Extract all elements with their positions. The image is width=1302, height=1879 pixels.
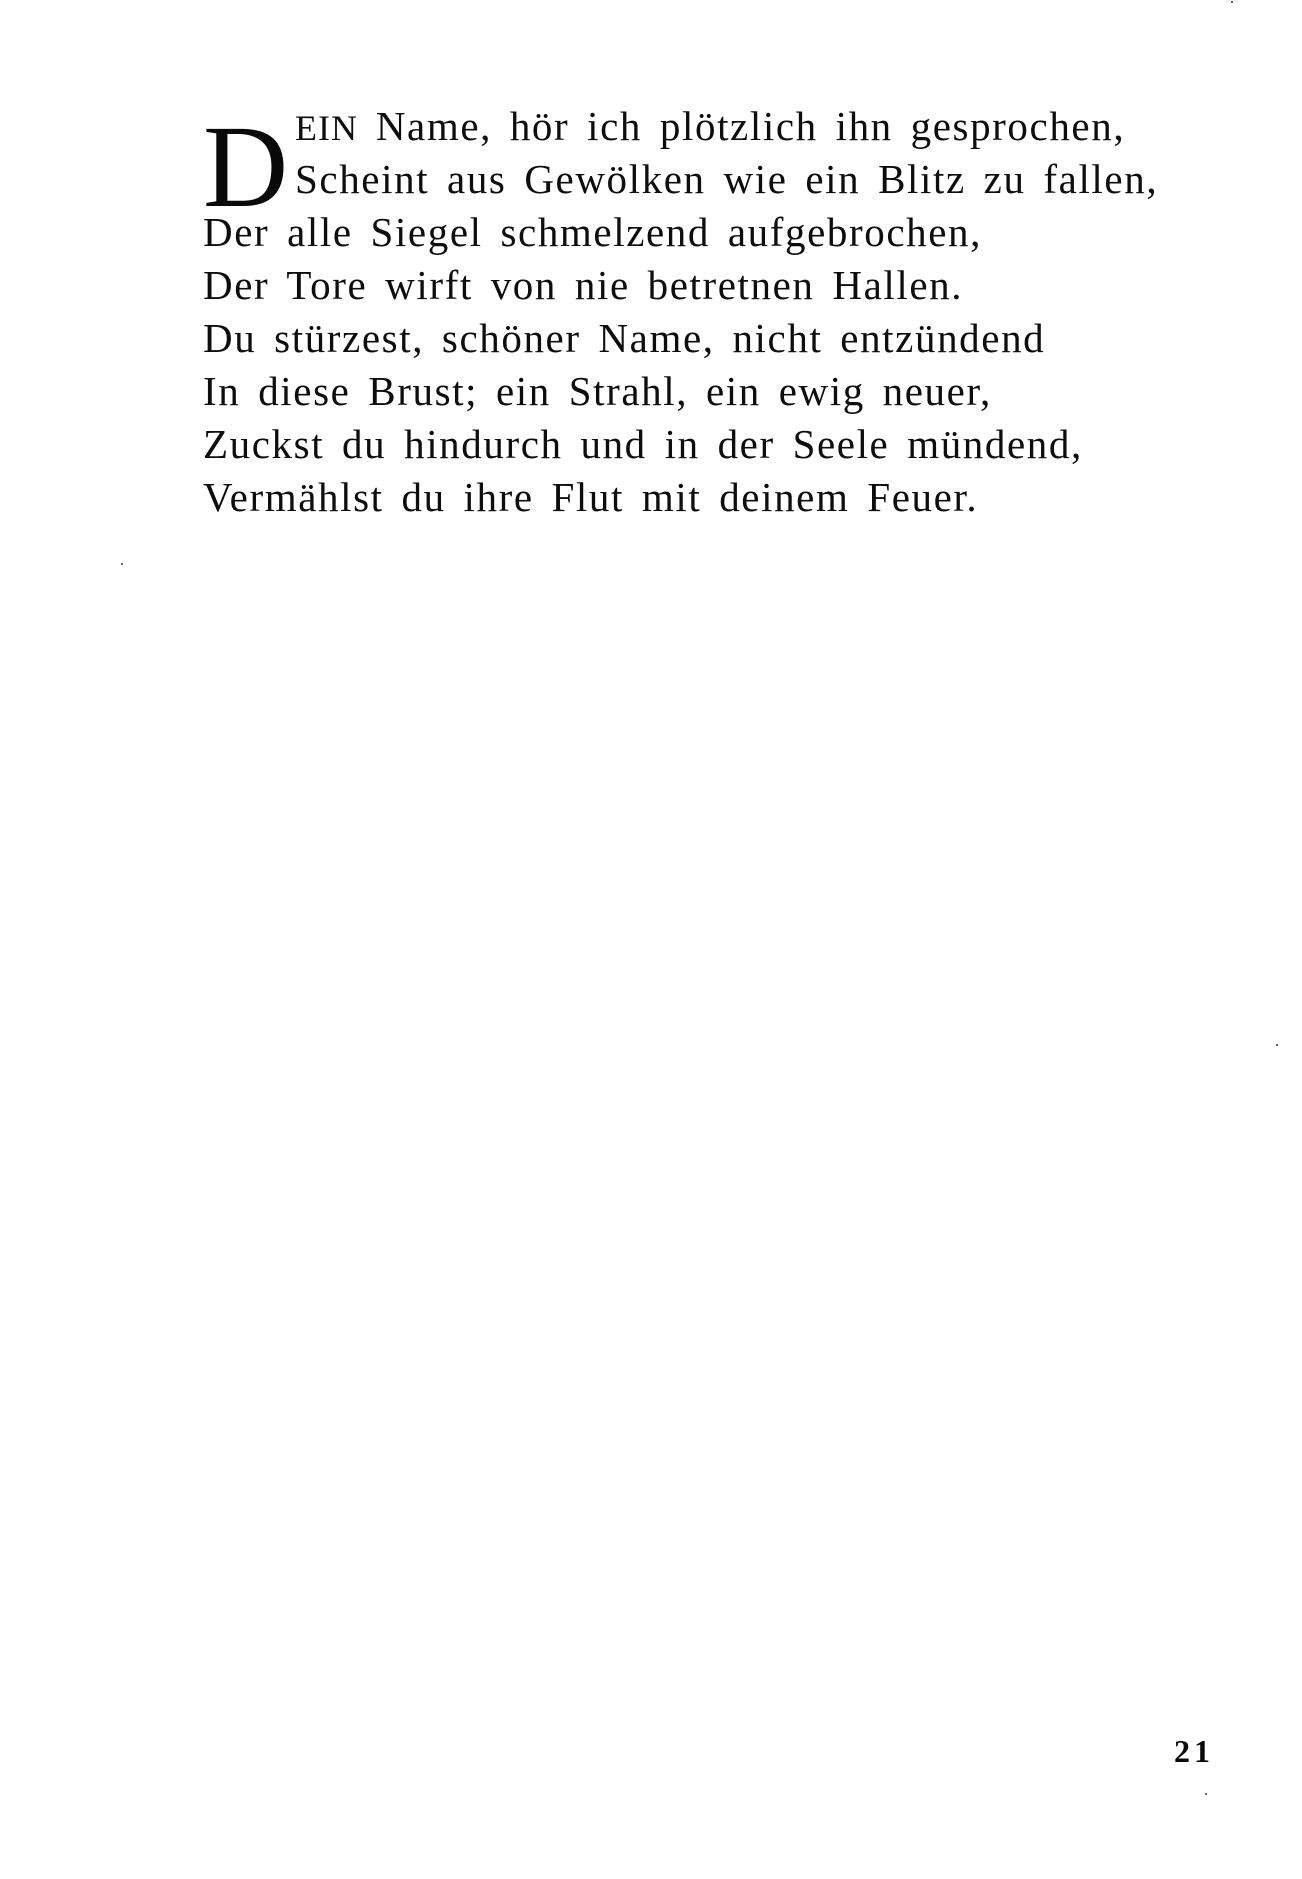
- book-page: D EIN Name, hör ich plötzlich ihn gespro…: [0, 0, 1302, 1879]
- drop-cap: D: [203, 108, 288, 226]
- poem-line-3: Der alle Siegel schmelzend aufgebrochen,: [203, 206, 1163, 259]
- page-number: 21: [1174, 1733, 1214, 1770]
- poem-line-8: Vermählst du ihre Flut mit deinem Feuer.: [203, 471, 1163, 524]
- poem-line-1: EIN Name, hör ich plötzlich ihn gesproch…: [203, 100, 1163, 153]
- poem-line-5: Du stürzest, schöner Name, nicht entzünd…: [203, 312, 1163, 365]
- poem-line-7: Zuckst du hindurch und in der Seele münd…: [203, 418, 1163, 471]
- scan-speck: [1231, 1, 1233, 3]
- first-word-smallcaps: EIN: [295, 108, 358, 148]
- drop-cap-lines: EIN Name, hör ich plötzlich ihn gesproch…: [203, 100, 1163, 206]
- scan-speck: [1205, 1793, 1207, 1795]
- first-line-text: Name, hör ich plötzlich ihn gesprochen,: [358, 103, 1125, 149]
- poem-line-4: Der Tore wirft von nie betretnen Hallen.: [203, 259, 1163, 312]
- poem-line-2: Scheint aus Gewölken wie ein Blitz zu fa…: [203, 153, 1163, 206]
- scan-speck: [121, 563, 123, 565]
- scan-speck: [1276, 1044, 1278, 1046]
- poem-line-6: In diese Brust; ein Strahl, ein ewig neu…: [203, 365, 1163, 418]
- poem-block: D EIN Name, hör ich plötzlich ihn gespro…: [203, 106, 1163, 524]
